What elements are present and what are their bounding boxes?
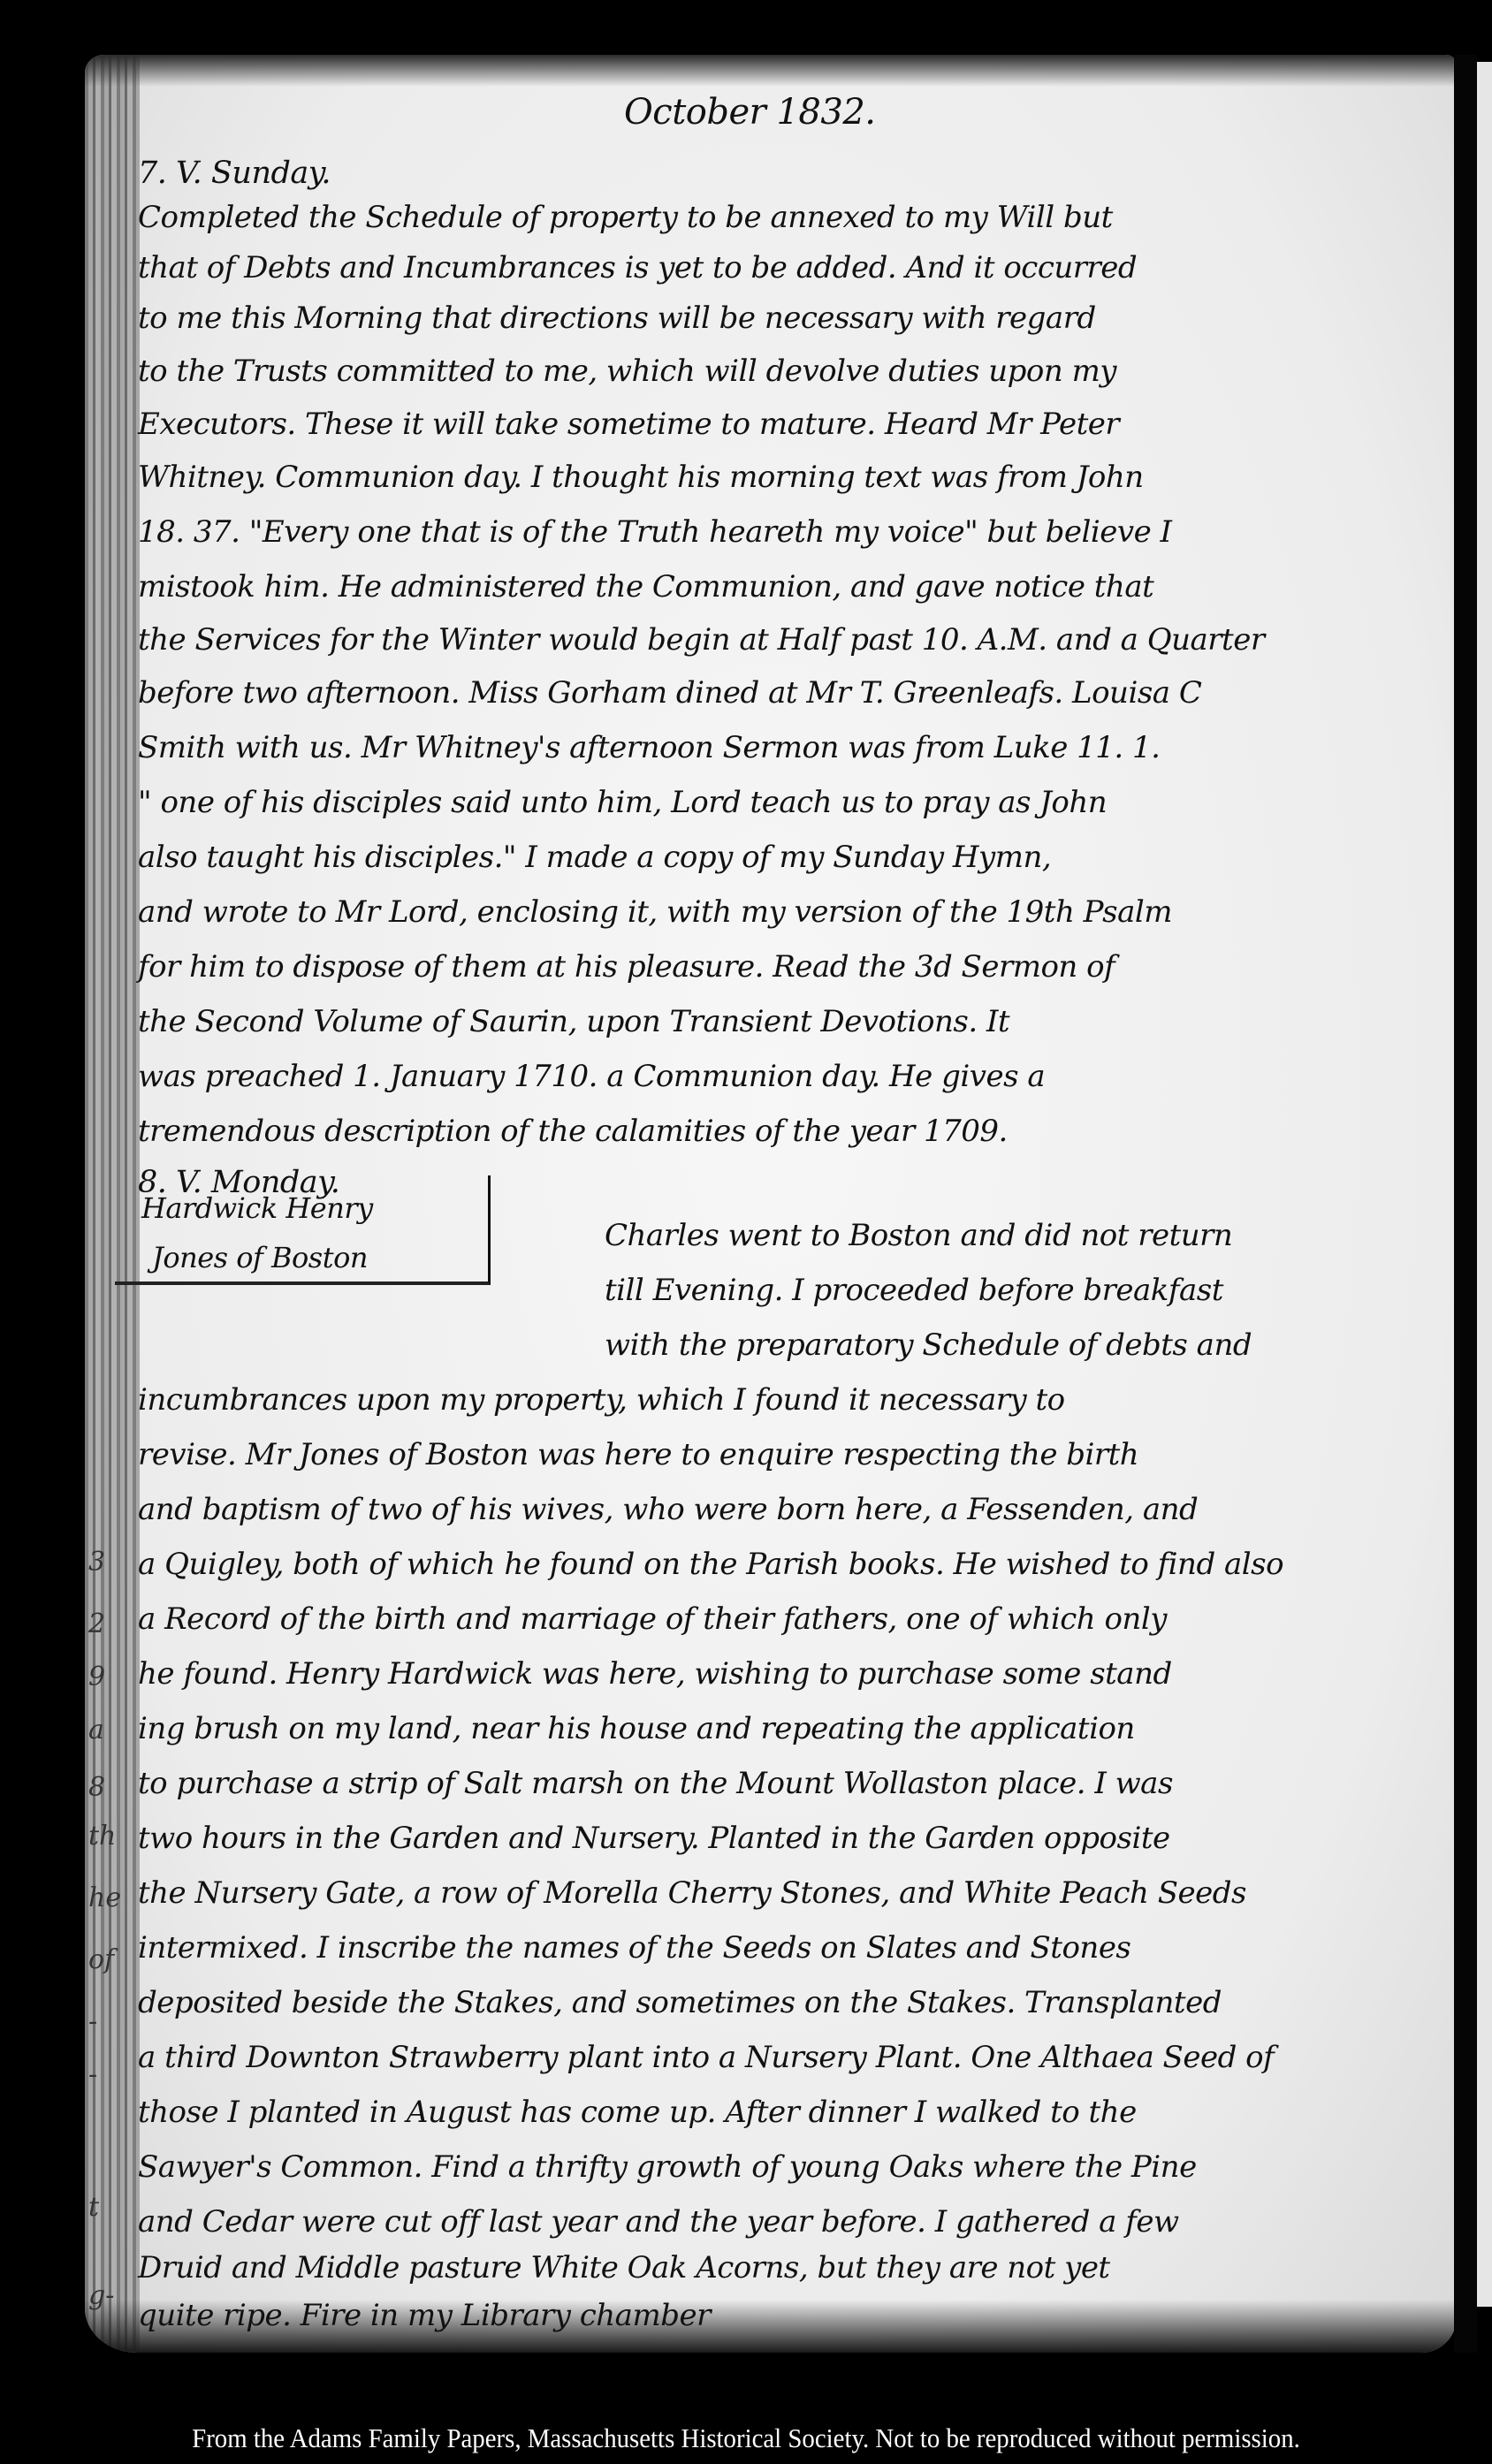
entry-date-sunday: 7. V. Sunday. [138, 156, 331, 191]
entry-line: deposited beside the Stakes, and sometim… [138, 1985, 1222, 2020]
entry-line: tremendous description of the calamities… [138, 1114, 1008, 1149]
entry-line: and baptism of two of his wives, who wer… [138, 1492, 1198, 1527]
entry-line: to purchase a strip of Salt marsh on the… [138, 1766, 1173, 1801]
book-gutter [1454, 55, 1477, 2353]
margin-bleed-char: t [88, 2192, 99, 2223]
page-heading: October 1832. [624, 92, 875, 133]
entry-line: to me this Morning that directions will … [138, 300, 1096, 336]
margin-bleed-char: 8 [88, 1772, 105, 1803]
copyright-caption: From the Adams Family Papers, Massachuse… [52, 2422, 1440, 2454]
entry-line: for him to dispose of them at his pleasu… [138, 949, 1115, 985]
entry-line: " one of his disciples said unto him, Lo… [138, 785, 1107, 820]
entry-line: the Nursery Gate, a row of Morella Cherr… [138, 1875, 1246, 1911]
margin-bleed-char: 2 [88, 1608, 105, 1639]
margin-note-line: Hardwick Henry [141, 1191, 373, 1225]
entry-line: Sawyer's Common. Find a thrifty growth o… [138, 2149, 1197, 2185]
entry-line: with the preparatory Schedule of debts a… [605, 1327, 1252, 1363]
entry-line: quite ripe. Fire in my Library chamber [138, 2298, 711, 2333]
margin-bleed-char: g- [88, 2280, 114, 2311]
entry-line: he found. Henry Hardwick was here, wishi… [138, 1656, 1172, 1692]
entry-line: Charles went to Boston and did not retur… [605, 1218, 1232, 1253]
margin-bleed-char: - [88, 2059, 97, 2090]
entry-line: incumbrances upon my property, which I f… [138, 1382, 1065, 1418]
entry-line: two hours in the Garden and Nursery. Pla… [138, 1821, 1170, 1856]
entry-line: 18. 37. "Every one that is of the Truth … [138, 514, 1172, 550]
entry-line: and wrote to Mr Lord, enclosing it, with… [138, 894, 1172, 930]
margin-bleed-char: he [88, 1882, 121, 1913]
entry-line: ing brush on my land, near his house and… [138, 1711, 1135, 1746]
margin-note-box: Hardwick Henry Jones of Boston [115, 1175, 491, 1285]
entry-line: was preached 1. January 1710. a Communio… [138, 1059, 1045, 1094]
margin-bleed-char: of [88, 1944, 114, 1975]
entry-line: Executors. These it will take sometime t… [138, 407, 1119, 442]
entry-line: the Second Volume of Saurin, upon Transi… [138, 1004, 1009, 1039]
margin-bleed-char: 9 [88, 1662, 105, 1692]
entry-line: Smith with us. Mr Whitney's afternoon Se… [138, 730, 1161, 765]
margin-bleed-char: th [88, 1821, 116, 1852]
entry-line: Whitney. Communion day. I thought his mo… [138, 460, 1144, 495]
margin-bleed-char: - [88, 2006, 97, 2037]
margin-note-line: Jones of Boston [152, 1241, 368, 1274]
entry-line: those I planted in August has come up. A… [138, 2095, 1137, 2130]
entry-line: mistook him. He administered the Communi… [138, 569, 1153, 605]
page-top-shadow [85, 55, 1457, 87]
entry-line: Druid and Middle pasture White Oak Acorn… [138, 2250, 1110, 2285]
entry-line: revise. Mr Jones of Boston was here to e… [138, 1437, 1138, 1472]
entry-line: a third Downton Strawberry plant into a … [138, 2040, 1274, 2075]
margin-bleed-char: 3 [88, 1547, 105, 1578]
entry-line: a Quigley, both of which he found on the… [138, 1547, 1283, 1582]
entry-line: Completed the Schedule of property to be… [138, 200, 1113, 235]
entry-line: intermixed. I inscribe the names of the … [138, 1930, 1130, 1966]
entry-line: a Record of the birth and marriage of th… [138, 1601, 1167, 1637]
facing-page-edge [1477, 62, 1492, 2307]
entry-line: and Cedar were cut off last year and the… [138, 2204, 1179, 2240]
entry-line: that of Debts and Incumbrances is yet to… [138, 250, 1137, 285]
margin-bleed-char: a [88, 1715, 104, 1745]
entry-line: till Evening. I proceeded before breakfa… [605, 1273, 1223, 1308]
entry-line: to the Trusts committed to me, which wil… [138, 354, 1116, 389]
entry-line: before two afternoon. Miss Gorham dined … [138, 675, 1201, 711]
entry-line: also taught his disciples." I made a cop… [138, 840, 1051, 875]
entry-line: the Services for the Winter would begin … [138, 622, 1265, 658]
